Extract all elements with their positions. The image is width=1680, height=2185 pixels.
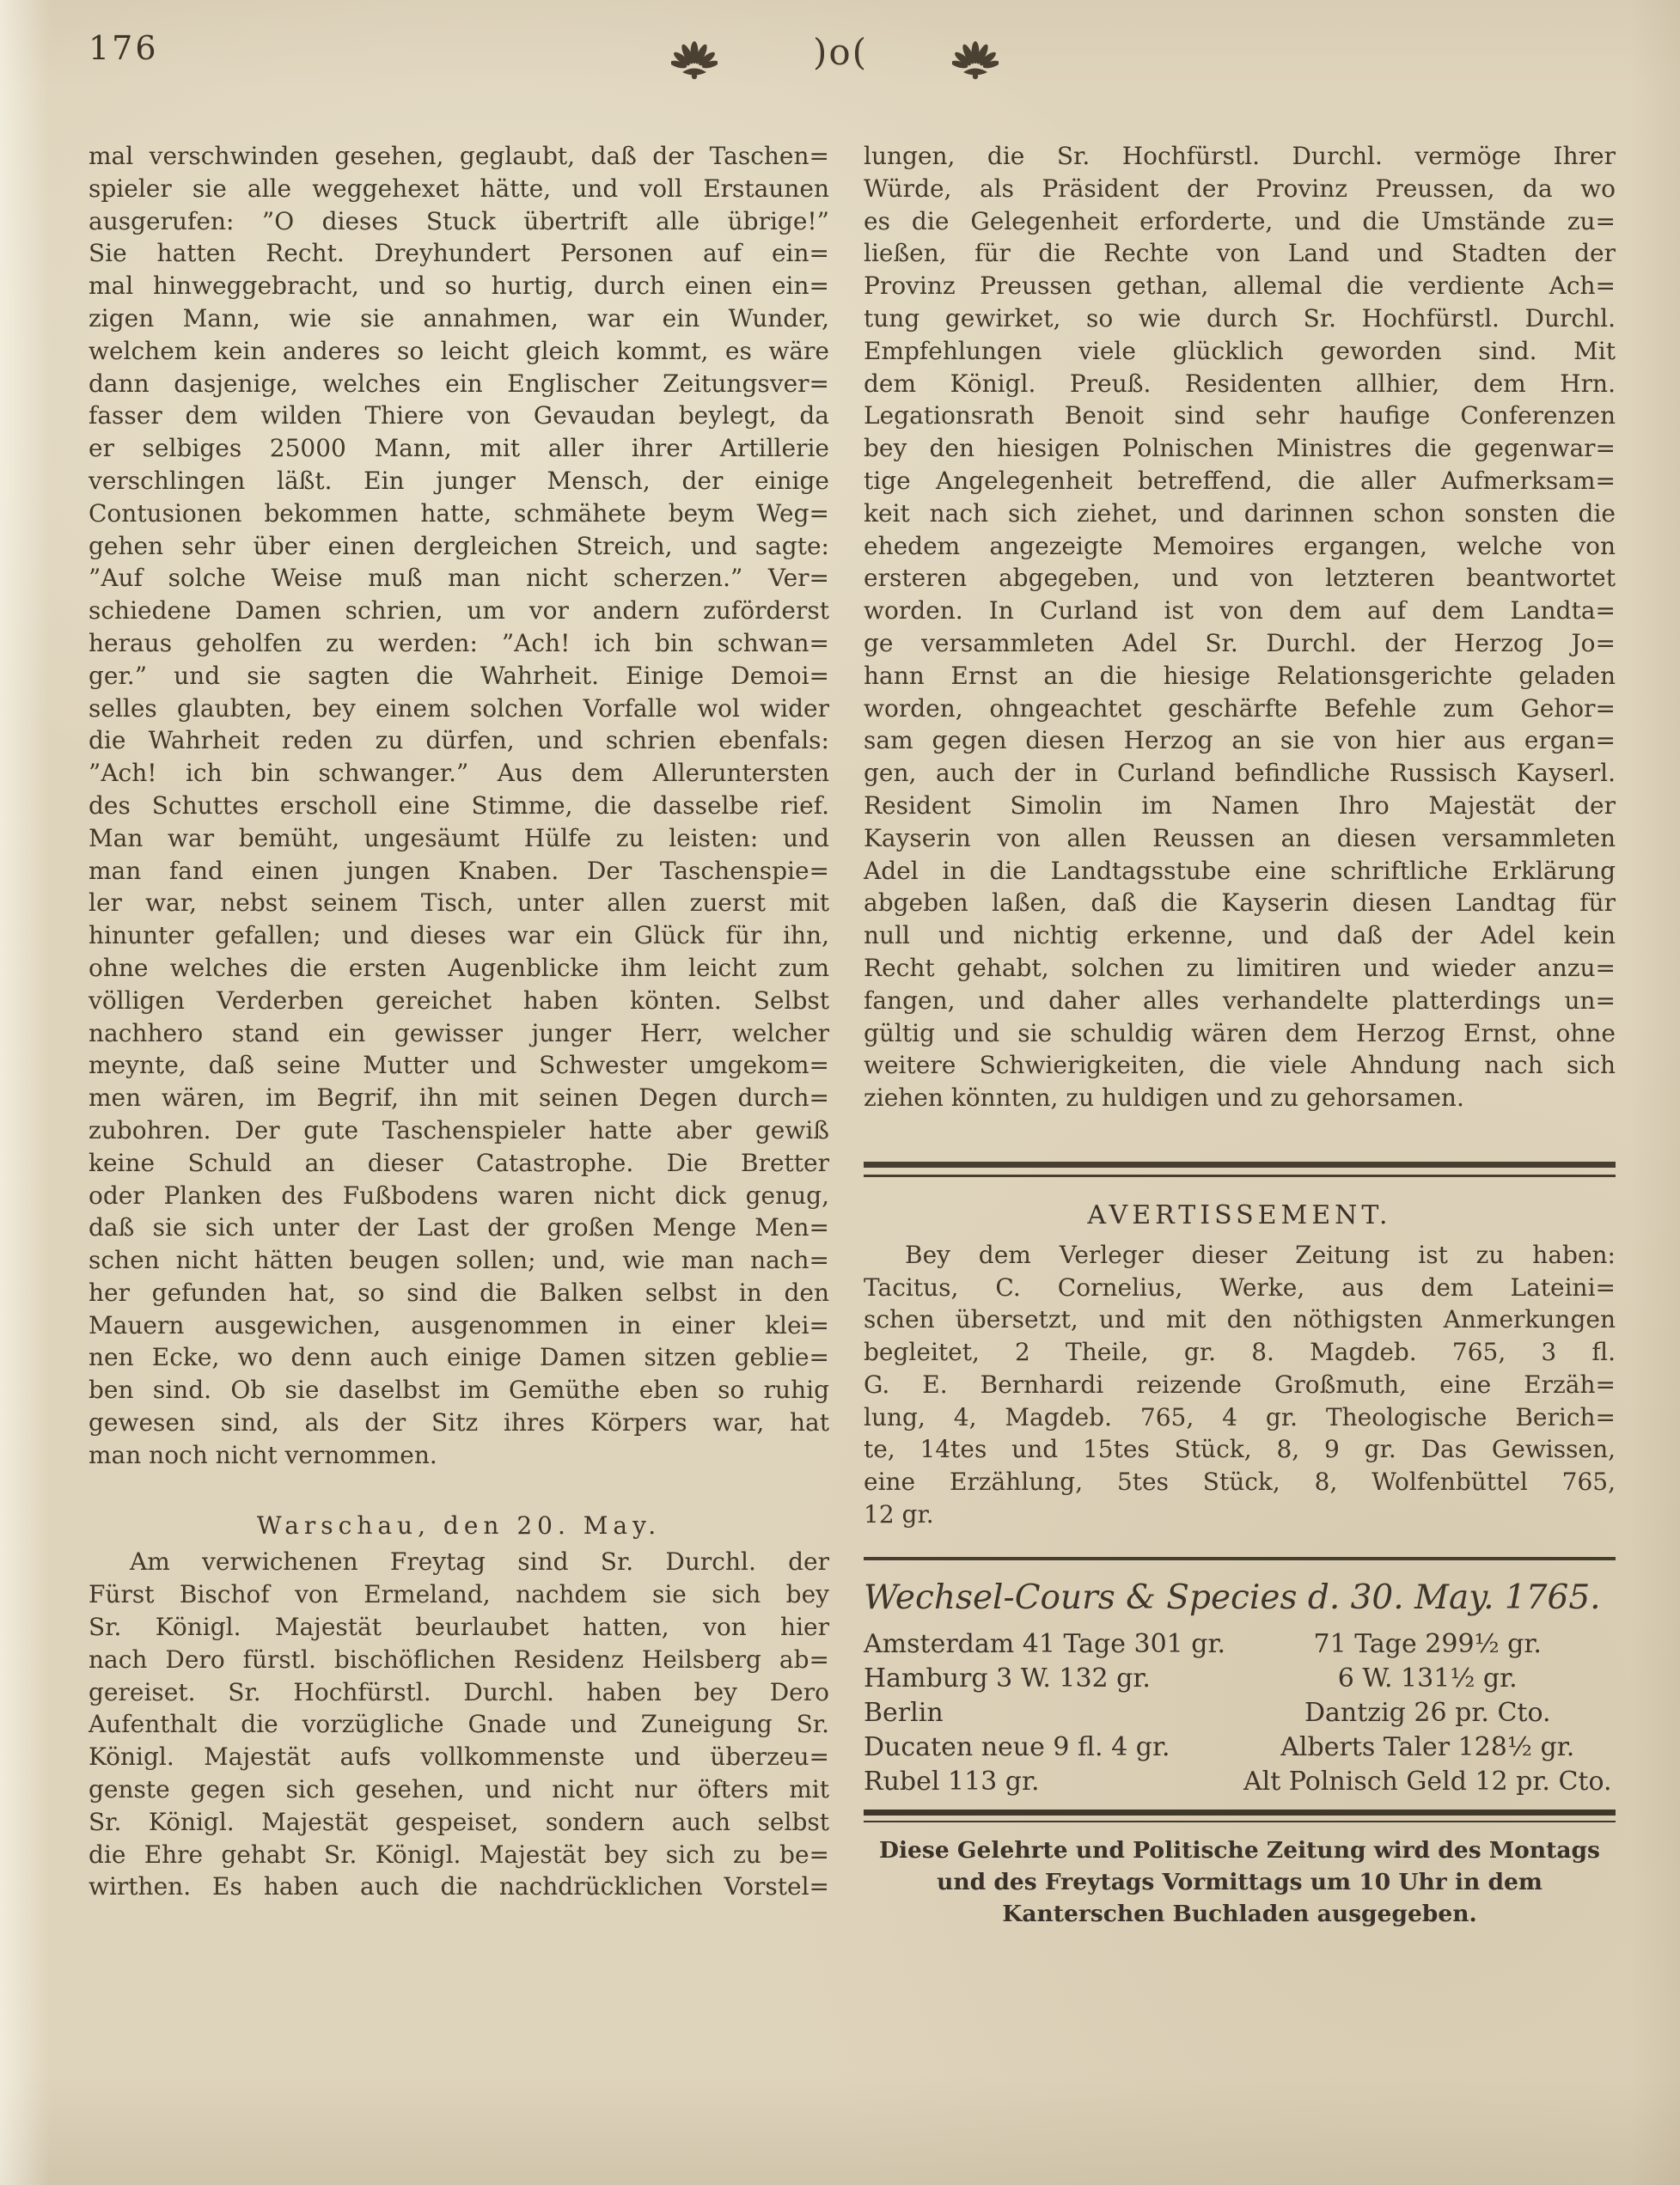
right-column: lungen, die Sr. Hochfürstl. Durchl. verm… xyxy=(864,140,1616,1930)
publication-notice: Diese Gelehrte und Politische Zeitung wi… xyxy=(864,1834,1616,1930)
exchange-left-cell: Ducaten neue 9 fl. 4 gr. xyxy=(864,1730,1240,1765)
text-line: zigen Mann, wie sie annahmen, war ein Wu… xyxy=(89,302,829,335)
text-line: Legationsrath Benoit sind sehr haufige C… xyxy=(864,400,1616,432)
text-line: die Ehre gehabt Sr. Königl. Majestät bey… xyxy=(89,1839,829,1871)
text-line: die Wahrheit reden zu dürfen, und schrie… xyxy=(89,724,829,757)
text-line: eine Erzählung, 5tes Stück, 8, Wolfenbüt… xyxy=(864,1466,1616,1498)
text-line: Bey dem Verleger dieser Zeitung ist zu h… xyxy=(864,1239,1616,1272)
text-line: begleitet, 2 Theile, gr. 8. Magdeb. 765,… xyxy=(864,1336,1616,1369)
text-line: spieler sie alle weggehexet hätte, und v… xyxy=(89,173,829,205)
text-line: Diese Gelehrte und Politische Zeitung wi… xyxy=(864,1834,1616,1866)
exchange-left-cell: Hamburg 3 W. 132 gr. xyxy=(864,1662,1240,1696)
exchange-row: Ducaten neue 9 fl. 4 gr.Alberts Taler 12… xyxy=(864,1730,1616,1765)
text-line: schen nicht hätten beugen sollen; und, w… xyxy=(89,1244,829,1277)
avertissement-text: Bey dem Verleger dieser Zeitung ist zu h… xyxy=(864,1239,1616,1531)
exchange-right-cell: Dantzig 26 pr. Cto. xyxy=(1240,1696,1616,1730)
text-line: te, 14tes und 15tes Stück, 8, 9 gr. Das … xyxy=(864,1433,1616,1466)
text-line: nachhero stand ein gewisser junger Herr,… xyxy=(89,1017,829,1050)
text-line: hinunter gefallen; und dieses war ein Gl… xyxy=(89,919,829,952)
news-paragraph: mal verschwinden gesehen, geglaubt, daß … xyxy=(89,140,829,1472)
text-line: ben sind. Ob sie daselbst im Gemüthe ebe… xyxy=(89,1374,829,1407)
text-line: men wären, im Begrif, ihn mit seinen Deg… xyxy=(89,1082,829,1114)
text-line: fangen, und daher alles verhandelte plat… xyxy=(864,985,1616,1017)
dateline-warschau: Warschau, den 20. May. xyxy=(89,1510,829,1542)
fleuron-ornament-icon xyxy=(671,38,718,84)
text-line: Man war bemüht, ungesäumt Hülfe zu leist… xyxy=(89,822,829,855)
text-line: Mauern ausgewichen, ausgenommen in einer… xyxy=(89,1309,829,1342)
text-line: Sr. Königl. Majestät beurlaubet hatten, … xyxy=(89,1611,829,1644)
text-line: Würde, als Präsident der Provinz Preusse… xyxy=(864,173,1616,205)
text-line: Recht gehabt, solchen zu limitiren und w… xyxy=(864,952,1616,985)
exchange-right-cell: Alberts Taler 128½ gr. xyxy=(1240,1730,1616,1765)
text-line: heraus geholfen zu werden: ”Ach! ich bin… xyxy=(89,627,829,660)
text-line: gehen sehr über einen dergleichen Streic… xyxy=(89,530,829,563)
text-line: und des Freytags Vormittags um 10 Uhr in… xyxy=(864,1866,1616,1898)
exchange-right-cell: Alt Polnisch Geld 12 pr. Cto. xyxy=(1240,1765,1616,1799)
text-line: lung, 4, Magdeb. 765, 4 gr. Theologische… xyxy=(864,1401,1616,1434)
text-line: gen, auch der in Curland befindliche Rus… xyxy=(864,757,1616,790)
left-column: mal verschwinden gesehen, geglaubt, daß … xyxy=(89,140,829,1903)
text-line: gereiset. Sr. Hochfürstl. Durchl. haben … xyxy=(89,1676,829,1709)
text-line: worden, ohngeachtet geschärfte Befehle z… xyxy=(864,693,1616,725)
text-line: keit nach sich ziehet, und darinnen scho… xyxy=(864,497,1616,530)
exchange-title: Wechsel-Cours & Species d. 30. May. 1765… xyxy=(864,1576,1616,1620)
text-line: ließen, für die Rechte von Land und Stad… xyxy=(864,237,1616,270)
text-line: ausgerufen: ”O dieses Stuck übertrift al… xyxy=(89,205,829,238)
exchange-left-cell: Rubel 113 gr. xyxy=(864,1765,1240,1799)
text-line: wirthen. Es haben auch die nachdrücklich… xyxy=(89,1871,829,1903)
avertissement-title: AVERTISSEMENT. xyxy=(864,1199,1616,1232)
text-line: oder Planken des Fußbodens waren nicht d… xyxy=(89,1180,829,1212)
text-line: ohne welches die ersten Augenblicke ihm … xyxy=(89,952,829,985)
text-line: ehedem angezeigte Memoires ergangen, wel… xyxy=(864,530,1616,563)
text-line: dann dasjenige, welches ein Englischer Z… xyxy=(89,368,829,400)
text-line: ziehen könnten, zu huldigen und zu gehor… xyxy=(864,1082,1616,1114)
text-line: ersteren abgegeben, und von letzteren be… xyxy=(864,562,1616,595)
text-line: worden. In Curland ist von dem auf dem L… xyxy=(864,595,1616,627)
text-line: er selbiges 25000 Mann, mit aller ihrer … xyxy=(89,432,829,465)
separator-rule xyxy=(864,1162,1616,1177)
text-line: Provinz Preussen gethan, allemal die ver… xyxy=(864,270,1616,302)
fleuron-ornament-icon xyxy=(952,38,999,84)
text-line: Resident Simolin im Namen Ihro Majestät … xyxy=(864,790,1616,822)
page-number: 176 xyxy=(89,29,159,67)
text-line: lungen, die Sr. Hochfürstl. Durchl. verm… xyxy=(864,140,1616,173)
text-line: verschlingen läßt. Ein junger Mensch, de… xyxy=(89,465,829,497)
text-line: des Schuttes erscholl eine Stimme, die d… xyxy=(89,790,829,822)
text-line: Tacitus, C. Cornelius, Werke, aus dem La… xyxy=(864,1272,1616,1304)
newspaper-page: { "colors": { "paper": "#e8dec6", "ink":… xyxy=(0,0,1680,2185)
text-line: keine Schuld an dieser Catastrophe. Die … xyxy=(89,1147,829,1180)
text-line: gültig und sie schuldig wären dem Herzog… xyxy=(864,1017,1616,1050)
text-line: null und nichtig erkenne, und daß der Ad… xyxy=(864,919,1616,952)
exchange-left-cell: Berlin xyxy=(864,1696,1240,1730)
exchange-row: Amsterdam 41 Tage 301 gr.71 Tage 299½ gr… xyxy=(864,1627,1616,1662)
exchange-row: Hamburg 3 W. 132 gr.6 W. 131½ gr. xyxy=(864,1662,1616,1696)
text-line: nen Ecke, wo denn auch einige Damen sitz… xyxy=(89,1341,829,1374)
exchange-right-cell: 71 Tage 299½ gr. xyxy=(1240,1627,1616,1662)
text-line: Sie hatten Recht. Dreyhundert Personen a… xyxy=(89,237,829,270)
text-line: sam gegen diesen Herzog an sie von hier … xyxy=(864,724,1616,757)
text-line: man noch nicht vernommen. xyxy=(89,1439,829,1472)
text-line: Empfehlungen viele glücklich geworden si… xyxy=(864,335,1616,368)
text-line: selles glaubten, bey einem solchen Vorfa… xyxy=(89,693,829,725)
text-line: Aufenthalt die vorzügliche Gnade und Zun… xyxy=(89,1708,829,1741)
text-line: 12 gr. xyxy=(864,1498,1616,1531)
text-line: dem Königl. Preuß. Residenten allhier, d… xyxy=(864,368,1616,400)
text-line: welchem kein anderes so leicht gleich ko… xyxy=(89,335,829,368)
text-line: Kanterschen Buchladen ausgegeben. xyxy=(864,1898,1616,1930)
text-line: Sr. Königl. Majestät gespeiset, sondern … xyxy=(89,1806,829,1839)
text-line: Am verwichenen Freytag sind Sr. Durchl. … xyxy=(89,1546,829,1578)
text-line: schiedene Damen schrien, um vor andern z… xyxy=(89,595,829,627)
text-line: abgeben laßen, daß die Kayserin diesen L… xyxy=(864,887,1616,919)
text-line: ge versammleten Adel Sr. Durchl. der Her… xyxy=(864,627,1616,660)
text-line: gewesen sind, als der Sitz ihres Körpers… xyxy=(89,1407,829,1439)
text-line: ger.” und sie sagten die Wahrheit. Einig… xyxy=(89,660,829,693)
text-line: G. E. Bernhardi reizende Großmuth, eine … xyxy=(864,1369,1616,1401)
exchange-left-cell: Amsterdam 41 Tage 301 gr. xyxy=(864,1627,1240,1662)
exchange-table: Amsterdam 41 Tage 301 gr.71 Tage 299½ gr… xyxy=(864,1627,1616,1799)
section-mark: )o( xyxy=(799,31,882,73)
text-line: man fand einen jungen Knaben. Der Tasche… xyxy=(89,855,829,888)
text-line: fasser dem wilden Thiere von Gevaudan be… xyxy=(89,400,829,432)
text-line: völligen Verderben gereichet haben könte… xyxy=(89,985,829,1017)
text-line: Adel in die Landtagsstube eine schriftli… xyxy=(864,855,1616,888)
text-line: her gefunden hat, so sind die Balken sel… xyxy=(89,1277,829,1309)
news-paragraph: Am verwichenen Freytag sind Sr. Durchl. … xyxy=(89,1546,829,1903)
text-line: ler war, nebst seinem Tisch, unter allen… xyxy=(89,887,829,919)
text-line: genste gegen sich gesehen, und nicht nur… xyxy=(89,1773,829,1806)
separator-rule xyxy=(864,1810,1616,1822)
news-paragraph: lungen, die Sr. Hochfürstl. Durchl. verm… xyxy=(864,140,1616,1114)
text-line: weitere Schwierigkeiten, die viele Ahndu… xyxy=(864,1049,1616,1082)
text-line: daß sie sich unter der Last der großen M… xyxy=(89,1212,829,1244)
text-line: hann Ernst an die hiesige Relationsgeric… xyxy=(864,660,1616,693)
exchange-right-cell: 6 W. 131½ gr. xyxy=(1240,1662,1616,1696)
exchange-row: Rubel 113 gr.Alt Polnisch Geld 12 pr. Ct… xyxy=(864,1765,1616,1799)
text-line: zubohren. Der gute Taschenspieler hatte … xyxy=(89,1114,829,1147)
text-line: mal verschwinden gesehen, geglaubt, daß … xyxy=(89,140,829,173)
text-line: ”Auf solche Weise muß man nicht scherzen… xyxy=(89,562,829,595)
text-line: bey den hiesigen Polnischen Ministres di… xyxy=(864,432,1616,465)
exchange-row: BerlinDantzig 26 pr. Cto. xyxy=(864,1696,1616,1730)
text-line: ”Ach! ich bin schwanger.” Aus dem Alleru… xyxy=(89,757,829,790)
text-line: tige Angelegenheit betreffend, die aller… xyxy=(864,465,1616,497)
text-line: schen übersetzt, und mit den nöthigsten … xyxy=(864,1303,1616,1336)
text-line: es die Gelegenheit erforderte, und die U… xyxy=(864,205,1616,238)
separator-rule xyxy=(864,1557,1616,1560)
text-line: Fürst Bischof von Ermeland, nachdem sie … xyxy=(89,1578,829,1611)
text-line: Königl. Majestät aufs vollkommenste und … xyxy=(89,1741,829,1773)
text-line: meynte, daß seine Mutter und Schwester u… xyxy=(89,1049,829,1082)
text-line: mal hinweggebracht, und so hurtig, durch… xyxy=(89,270,829,302)
text-line: tung gewirket, so wie durch Sr. Hochfürs… xyxy=(864,302,1616,335)
text-line: Kayserin von allen Reussen an diesen ver… xyxy=(864,822,1616,855)
text-line: nach Dero fürstl. bischöflichen Residenz… xyxy=(89,1644,829,1676)
text-line: Contusionen bekommen hatte, schmähete be… xyxy=(89,497,829,530)
